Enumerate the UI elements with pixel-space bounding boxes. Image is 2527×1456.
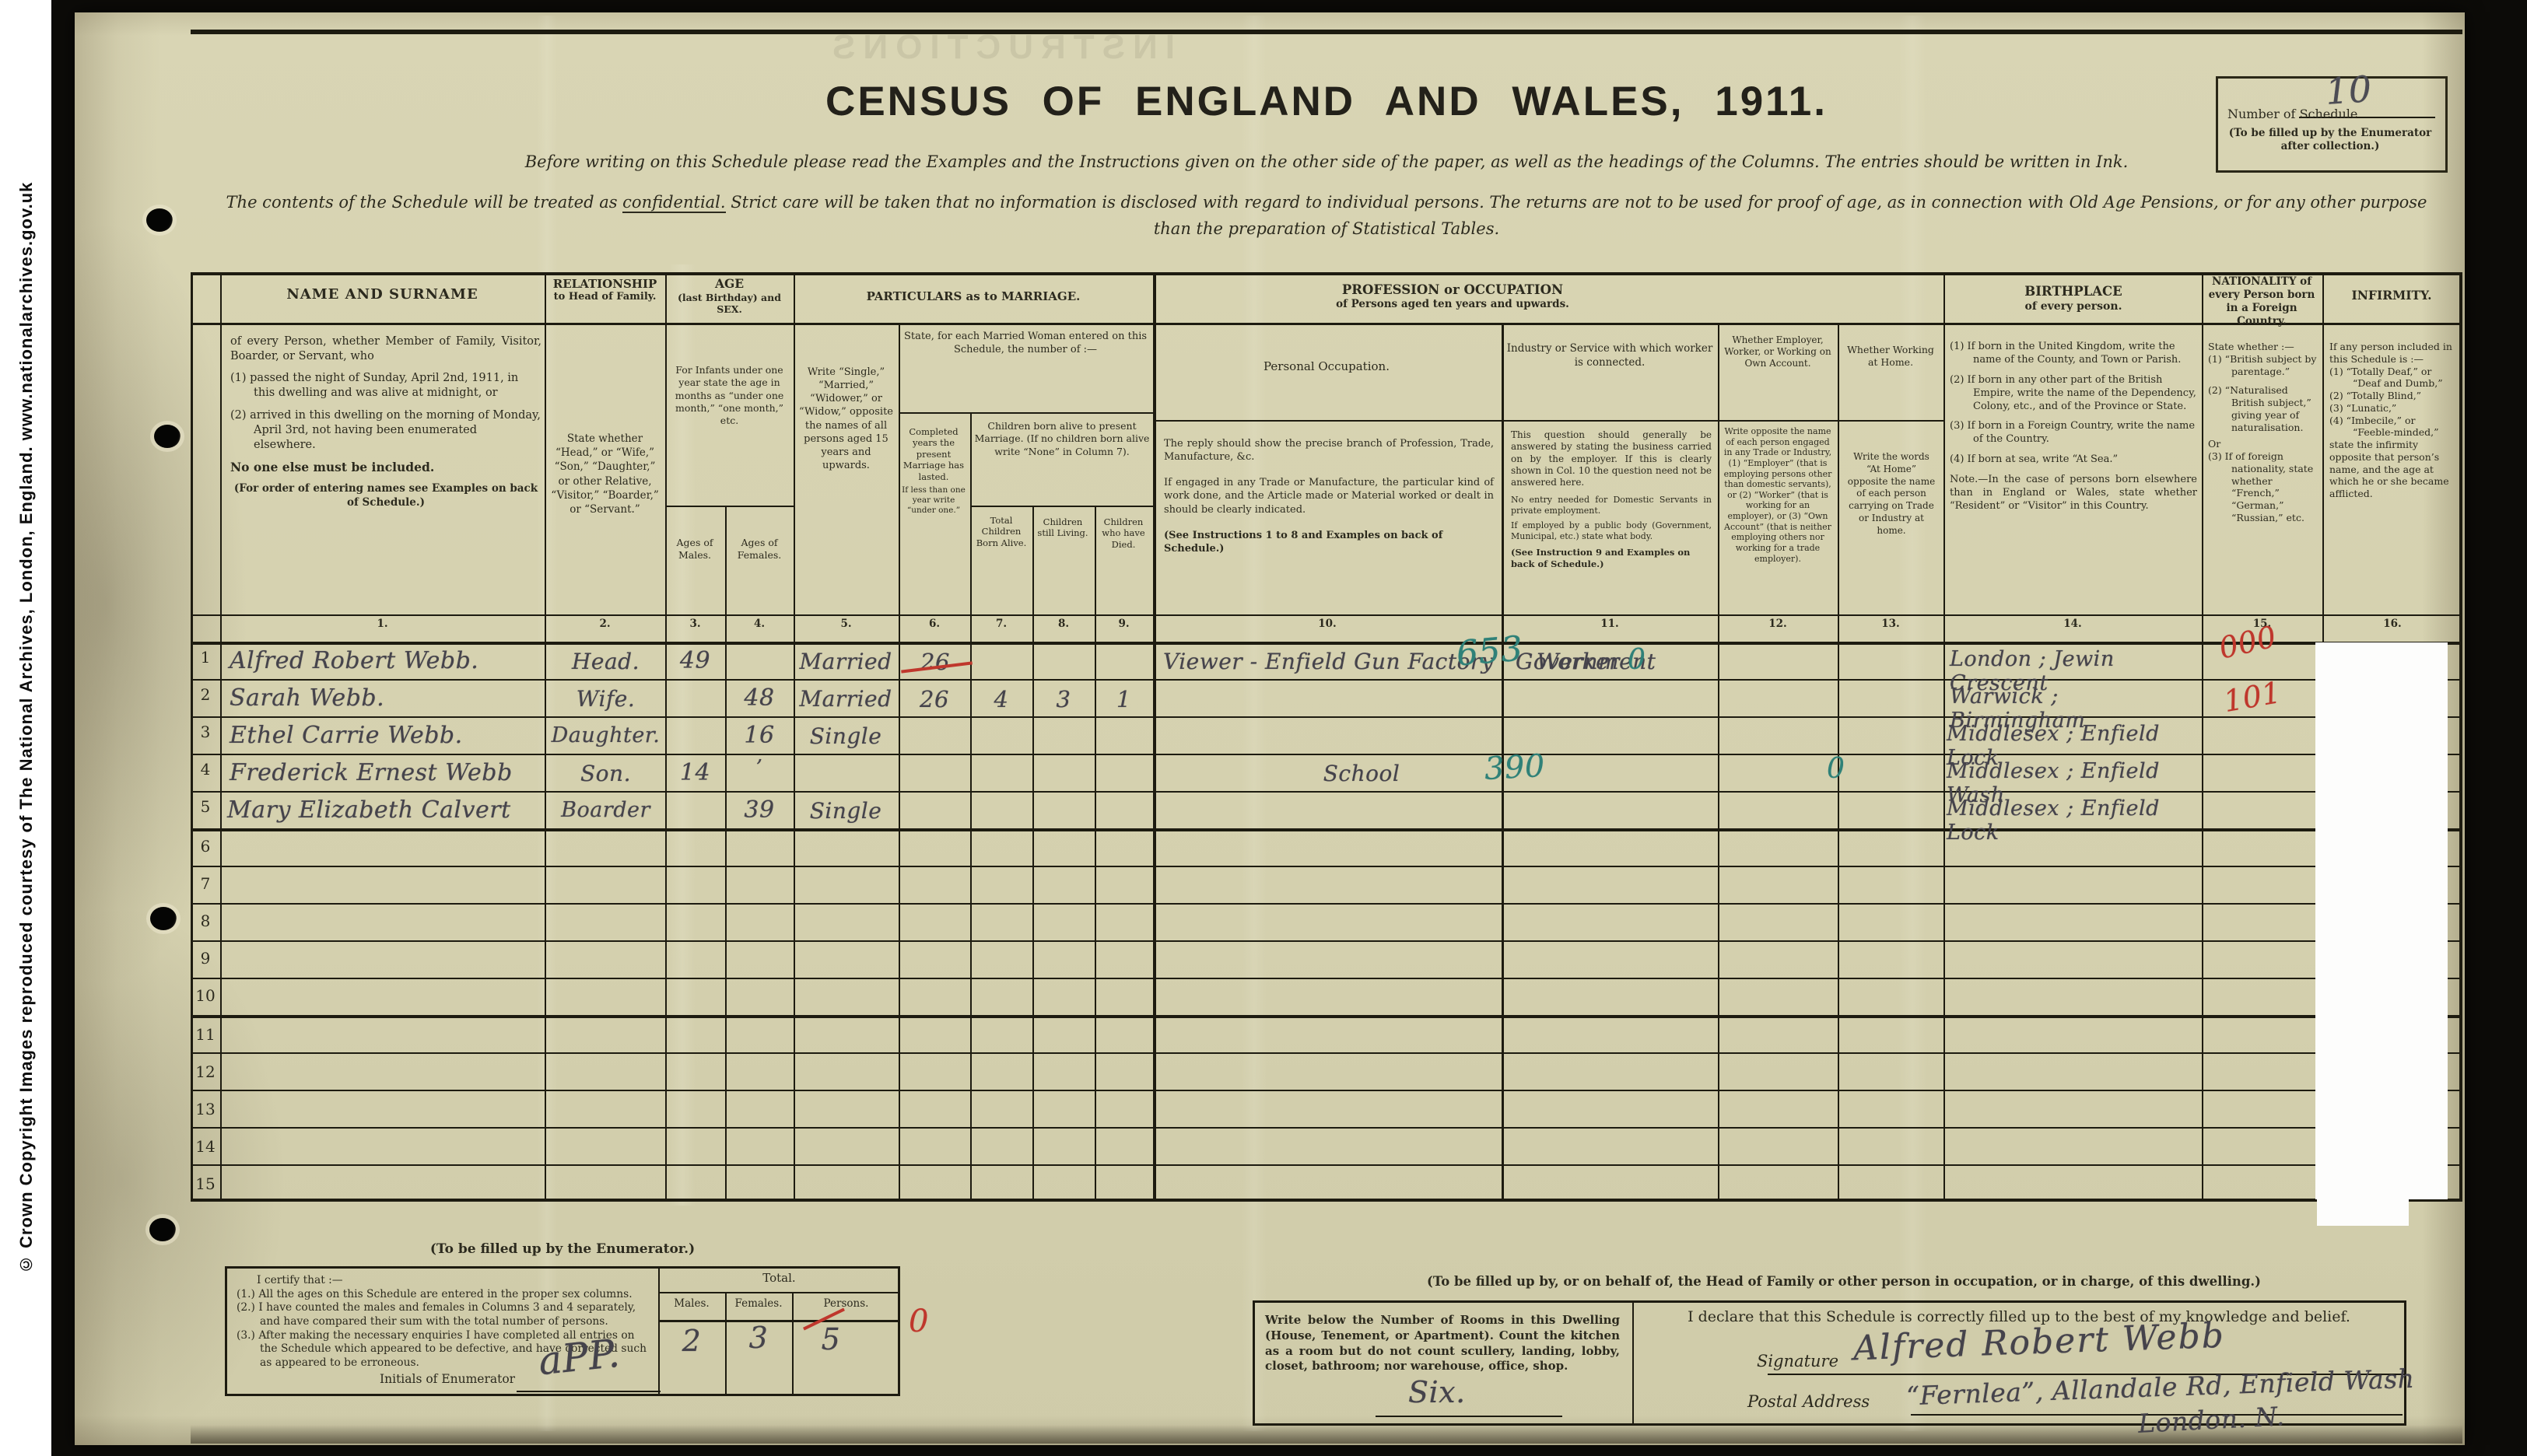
- copyright-text: © Crown Copyright Images reproduced cour…: [6, 0, 47, 1456]
- header-industry: Industry or Service with which worker is…: [1505, 342, 1715, 369]
- column-number: 11.: [1502, 618, 1718, 630]
- age-entry: 14: [665, 759, 725, 786]
- grid-line: [545, 272, 546, 1202]
- intro-text-line2: than the preparation of Statistical Tabl…: [1154, 219, 1499, 238]
- header-marriage-write: Write “Single,” “Married,” “Widower,” or…: [796, 366, 896, 472]
- punch-hole: [149, 1218, 176, 1241]
- column-number: 4.: [725, 618, 794, 630]
- children-living-entry: 3: [1032, 686, 1095, 712]
- header-children-died: Children who have Died.: [1097, 516, 1150, 550]
- relationship-entry: Wife.: [549, 686, 662, 712]
- females-label: Females.: [725, 1297, 792, 1310]
- marital-status-entry: Married: [795, 686, 896, 712]
- grid-line: [191, 1015, 2462, 1018]
- header-age-infants: For Infants under one year state the age…: [668, 364, 791, 427]
- column-number: 6.: [899, 618, 970, 630]
- instruction-text: No entry needed for Domestic Servants in…: [1511, 495, 1712, 516]
- persons-label: Persons.: [792, 1297, 900, 1310]
- age-entry: 48: [725, 684, 794, 712]
- column-number: 9.: [1095, 618, 1153, 630]
- grid-line: [1153, 420, 1943, 422]
- header-nationality-instructions: State whether :— (1) “British subject by…: [2208, 341, 2317, 524]
- grid-line: [665, 506, 794, 507]
- grid-line: [970, 506, 1153, 507]
- header-title: of Persons aged ten years and upwards.: [1153, 298, 1752, 312]
- redaction-overlay: [2317, 1196, 2409, 1226]
- row-number: 7: [191, 874, 220, 893]
- header-industry-instructions: This question should generally be answer…: [1511, 429, 1712, 570]
- grid-line: [970, 412, 972, 1202]
- age-entry: 49: [665, 647, 725, 674]
- row-number: 9: [191, 949, 220, 968]
- initials-label: Initials of Enumerator: [380, 1372, 515, 1386]
- enumerator-code-green: 653: [1455, 628, 1525, 674]
- males-label: Males.: [658, 1297, 725, 1310]
- relationship-entry: Daughter.: [549, 723, 662, 747]
- grid-line: [658, 1292, 900, 1293]
- grid-line: [517, 1391, 661, 1392]
- column-number: 7.: [970, 618, 1032, 630]
- occupation-entry: Viewer - Enfield Gun Factory: [1163, 649, 1505, 674]
- enumerator-section-title: (To be filled up by the Enumerator.): [225, 1241, 900, 1257]
- relationship-entry: Head.: [549, 649, 662, 674]
- row-number: 2: [191, 685, 220, 704]
- header-title: (last Birthday) and SEX.: [665, 292, 794, 315]
- age-entry: 39: [725, 796, 794, 824]
- grid-line: [191, 614, 2462, 616]
- row-number: 8: [191, 912, 220, 930]
- grid-line: [191, 978, 2462, 979]
- header-employer-status: Whether Employer, Worker, or Working on …: [1721, 334, 1835, 369]
- instruction-text: No one else must be included.: [230, 460, 541, 475]
- instruction-text: (See Instructions 1 to 8 and Examples on…: [1164, 529, 1494, 555]
- grid-line: [899, 412, 1153, 414]
- grid-line: [2459, 272, 2462, 1202]
- instruction-text: If engaged in any Trade or Manufacture, …: [1164, 476, 1494, 516]
- header-infirmity-instructions: If any person included in this Schedule …: [2329, 341, 2455, 500]
- intro-text: The contents of the Schedule will be tre…: [226, 193, 623, 212]
- instruction-text: (4) “Imbecile,” or “Feeble-minded,”: [2329, 415, 2455, 439]
- header-profession: PROFESSION or OCCUPATION of Persons aged…: [1153, 282, 1752, 312]
- column-number: 3.: [665, 618, 725, 630]
- marital-status-entry: Married: [795, 649, 896, 674]
- confidential-underlined: confidential.: [622, 193, 725, 213]
- enumerator-code-green: 0: [1628, 644, 1646, 676]
- header-marriage-state: State, for each Married Woman entered on…: [901, 331, 1150, 357]
- header-children-living: Children still Living.: [1035, 516, 1091, 539]
- punch-hole: [150, 907, 177, 930]
- employer-status-entry: Worker: [1537, 649, 1620, 674]
- column-number: 2.: [545, 618, 665, 630]
- header-marriage: PARTICULARS as to MARRIAGE.: [794, 289, 1153, 303]
- instruction-text: The reply should show the precise branch…: [1164, 437, 1494, 464]
- children-died-entry: 1: [1095, 686, 1153, 712]
- declaration-section-title: (To be filled up by, or on behalf of, th…: [1284, 1274, 2404, 1289]
- instruction-text: Or: [2208, 438, 2317, 450]
- instruction-text: (3) If born in a Foreign Country, write …: [1950, 420, 2197, 446]
- instruction-text: state the infirmity opposite that person…: [2329, 439, 2455, 500]
- row-number: 1: [191, 648, 220, 667]
- grid-line: [191, 323, 2462, 325]
- intro-instruction-line: Before writing on this Schedule please r…: [191, 152, 2462, 171]
- header-title: of every person.: [1945, 299, 2202, 313]
- grid-line: [191, 1127, 2462, 1129]
- grid-line: [1718, 323, 1719, 1202]
- males-total-value: 2: [658, 1324, 725, 1358]
- header-age-sex: AGE (last Birthday) and SEX.: [665, 277, 794, 315]
- row-number: 10: [191, 986, 220, 1005]
- instruction-text: (1) “British subject by parentage.”: [2208, 353, 2317, 378]
- schedule-box-note: (To be filled up by the Enumerator after…: [2223, 127, 2438, 153]
- header-ages-males: Ages of Males.: [666, 537, 724, 561]
- occupation-entry: School: [1276, 761, 1447, 786]
- relationship-entry: Son.: [549, 761, 662, 786]
- grid-line: [225, 1266, 900, 1269]
- header-birthplace-instructions: (1) If born in the United Kingdom, write…: [1950, 341, 2197, 513]
- grid-line: [191, 1090, 2462, 1091]
- instruction-text: (3) If of foreign nationality, state whe…: [2208, 450, 2317, 524]
- instruction-text: (1) If born in the United Kingdom, write…: [1950, 341, 2197, 367]
- females-total-value: 3: [725, 1321, 792, 1355]
- header-marriage-completed: Completed years the present Marriage has…: [900, 426, 967, 516]
- row-number: 4: [191, 760, 220, 779]
- row-number: 13: [191, 1100, 220, 1118]
- enumerator-initials-signature: aPP.: [536, 1331, 622, 1384]
- name-entry: Mary Elizabeth Calvert: [227, 796, 546, 824]
- header-children-born: Total Children Born Alive.: [973, 515, 1030, 548]
- header-title: to Head of Family.: [545, 291, 665, 303]
- header-title: AGE: [665, 277, 794, 292]
- instruction-text: (See Instruction 9 and Examples on back …: [1511, 547, 1712, 569]
- birthplace-entry: Middlesex ; Enfield Lock: [1947, 796, 2199, 845]
- grid-line: [1376, 1416, 1562, 1417]
- certify-text: (2.) I have counted the males and female…: [237, 1301, 650, 1328]
- grid-line: [191, 1199, 2462, 1202]
- grid-line: [1253, 1300, 2406, 1303]
- instruction-text: (1) passed the night of Sunday, April 2n…: [230, 371, 541, 401]
- grid-line: [191, 272, 2462, 275]
- header-nationality: NATIONALITY of every Person born in a Fo…: [2203, 275, 2320, 328]
- form-title: CENSUS OF ENGLAND AND WALES, 1911.: [191, 78, 2462, 125]
- header-name-instructions: of every Person, whether Member of Famil…: [230, 334, 541, 510]
- header-birthplace: BIRTHPLACE of every person.: [1945, 283, 2202, 314]
- census-document-scan: © Crown Copyright Images reproduced cour…: [0, 0, 2527, 1456]
- row-number: 6: [191, 837, 220, 856]
- rooms-instruction: Write below the Number of Rooms in this …: [1265, 1313, 1620, 1374]
- marital-status-entry: Single: [795, 798, 896, 824]
- grid-line: [725, 506, 727, 1202]
- header-employer-status-instructions: Write opposite the name of each person e…: [1723, 426, 1833, 564]
- header-relationship: RELATIONSHIP to Head of Family.: [545, 277, 665, 303]
- grid-line: [1095, 506, 1096, 1202]
- row-number: 14: [191, 1137, 220, 1156]
- instruction-text: of every Person, whether Member of Famil…: [230, 334, 541, 364]
- header-marriage-children: Children born alive to present Marriage.…: [974, 420, 1150, 458]
- enumerator-code-green: 390: [1484, 748, 1546, 787]
- instruction-text: (For order of entering names see Example…: [230, 482, 541, 510]
- instruction-text: Completed years the present Marriage has…: [903, 426, 964, 482]
- grid-line: [1943, 272, 1945, 1202]
- header-ages-females: Ages of Females.: [727, 537, 792, 561]
- row-number: 5: [191, 797, 220, 816]
- enumerator-code-green: 0: [1827, 753, 1845, 785]
- row-number: 15: [191, 1174, 220, 1193]
- column-number: 16.: [2322, 618, 2462, 630]
- grid-line: [1153, 272, 1156, 1202]
- column-number: 13.: [1838, 618, 1943, 630]
- grid-line: [191, 1052, 2462, 1054]
- signature-label: Signature: [1757, 1352, 1838, 1370]
- age-entry: 16: [725, 722, 794, 749]
- copyright-sidebar: © Crown Copyright Images reproduced cour…: [0, 0, 51, 1456]
- header-infirmity: INFIRMITY.: [2325, 288, 2459, 303]
- grid-line: [2202, 272, 2203, 1202]
- grid-line: [191, 642, 2462, 645]
- grid-line: [191, 866, 2462, 867]
- postal-address-label: Postal Address: [1747, 1392, 1870, 1411]
- header-title: BIRTHPLACE: [1945, 283, 2202, 299]
- grid-line: [191, 940, 2462, 942]
- intro-text: Strict care will be taken that no inform…: [726, 193, 2427, 212]
- grid-line: [191, 903, 2462, 905]
- column-number: 1.: [220, 618, 545, 630]
- header-working-at-home-instructions: Write the words “At Home” opposite the n…: [1845, 451, 1937, 537]
- instruction-text: (2) If born in any other part of the Bri…: [1950, 374, 2197, 414]
- instruction-text: If employed by a public body (Government…: [1511, 520, 1712, 542]
- enumerator-code-red: 0: [909, 1304, 929, 1339]
- grid-line: [191, 1164, 2462, 1166]
- name-entry: Alfred Robert Webb.: [230, 647, 541, 674]
- row-number: 12: [191, 1062, 220, 1081]
- name-entry: Sarah Webb.: [230, 684, 541, 712]
- instruction-text: If less than one year write “under one.”: [900, 485, 967, 516]
- column-number: 10.: [1153, 618, 1502, 630]
- relationship-entry: Boarder: [549, 798, 662, 822]
- instruction-text: (2) “Totally Blind,”: [2329, 390, 2455, 402]
- instruction-text: (4) If born at sea, write “At Sea.”: [1950, 453, 2197, 467]
- instruction-text: (3) “Lunatic,”: [2329, 402, 2455, 415]
- grid-line: [1032, 506, 1034, 1202]
- column-number: 14.: [1943, 618, 2202, 630]
- header-personal-occupation-instructions: The reply should show the precise branch…: [1164, 437, 1494, 555]
- header-title: RELATIONSHIP: [545, 277, 665, 291]
- column-number: 8.: [1032, 618, 1095, 630]
- instruction-text: Note.—In the case of persons born elsewh…: [1950, 474, 2197, 513]
- column-number: 12.: [1718, 618, 1838, 630]
- grid-line: [898, 1266, 900, 1396]
- instruction-text: If any person included in this Schedule …: [2329, 341, 2455, 366]
- row-number: 3: [191, 723, 220, 741]
- instruction-text: State whether :—: [2208, 341, 2317, 353]
- children-born-entry: 4: [970, 686, 1032, 712]
- age-ditto-mark: ’: [725, 756, 794, 779]
- certify-text: (1.) All the ages on this Schedule are e…: [237, 1288, 650, 1302]
- name-entry: Frederick Ernest Webb: [230, 759, 541, 786]
- instruction-text: (2) “Naturalised British subject,” givin…: [2208, 384, 2317, 433]
- punch-hole: [154, 425, 180, 448]
- grid-line: [220, 272, 222, 1202]
- grid-line: [1632, 1300, 1634, 1426]
- header-title: PROFESSION or OCCUPATION: [1153, 282, 1752, 298]
- instruction-text: (1) “Totally Deaf,” or “Deaf and Dumb,”: [2329, 366, 2455, 390]
- header-working-at-home: Whether Working at Home.: [1841, 344, 1940, 369]
- instruction-text: This question should generally be answer…: [1511, 429, 1712, 489]
- header-relationship-instructions: State whether “Head,” or “Wife,” “Son,” …: [549, 432, 661, 516]
- name-entry: Ethel Carrie Webb.: [230, 722, 541, 749]
- column-number: 5.: [794, 618, 899, 630]
- certify-text: I certify that :—: [237, 1274, 650, 1288]
- grid-line: [225, 1266, 227, 1396]
- instruction-text: (2) arrived in this dwelling on the morn…: [230, 408, 541, 453]
- grid-line: [1253, 1300, 1255, 1426]
- marital-status-entry: Single: [795, 723, 896, 749]
- grid-line: [191, 30, 2462, 34]
- header-name-surname: NAME AND SURNAME: [220, 286, 545, 303]
- rooms-count-entry: Six.: [1408, 1375, 1466, 1409]
- years-married-entry: 26: [899, 686, 970, 712]
- intro-confidentiality-note: The contents of the Schedule will be tre…: [191, 190, 2462, 242]
- total-label: Total.: [658, 1271, 900, 1285]
- punch-hole: [146, 208, 173, 232]
- header-personal-occupation: Personal Occupation.: [1159, 359, 1494, 373]
- redaction-overlay: [2315, 642, 2448, 1199]
- grid-line: [225, 1394, 900, 1396]
- grid-line: [665, 272, 667, 1202]
- row-number: 11: [191, 1025, 220, 1044]
